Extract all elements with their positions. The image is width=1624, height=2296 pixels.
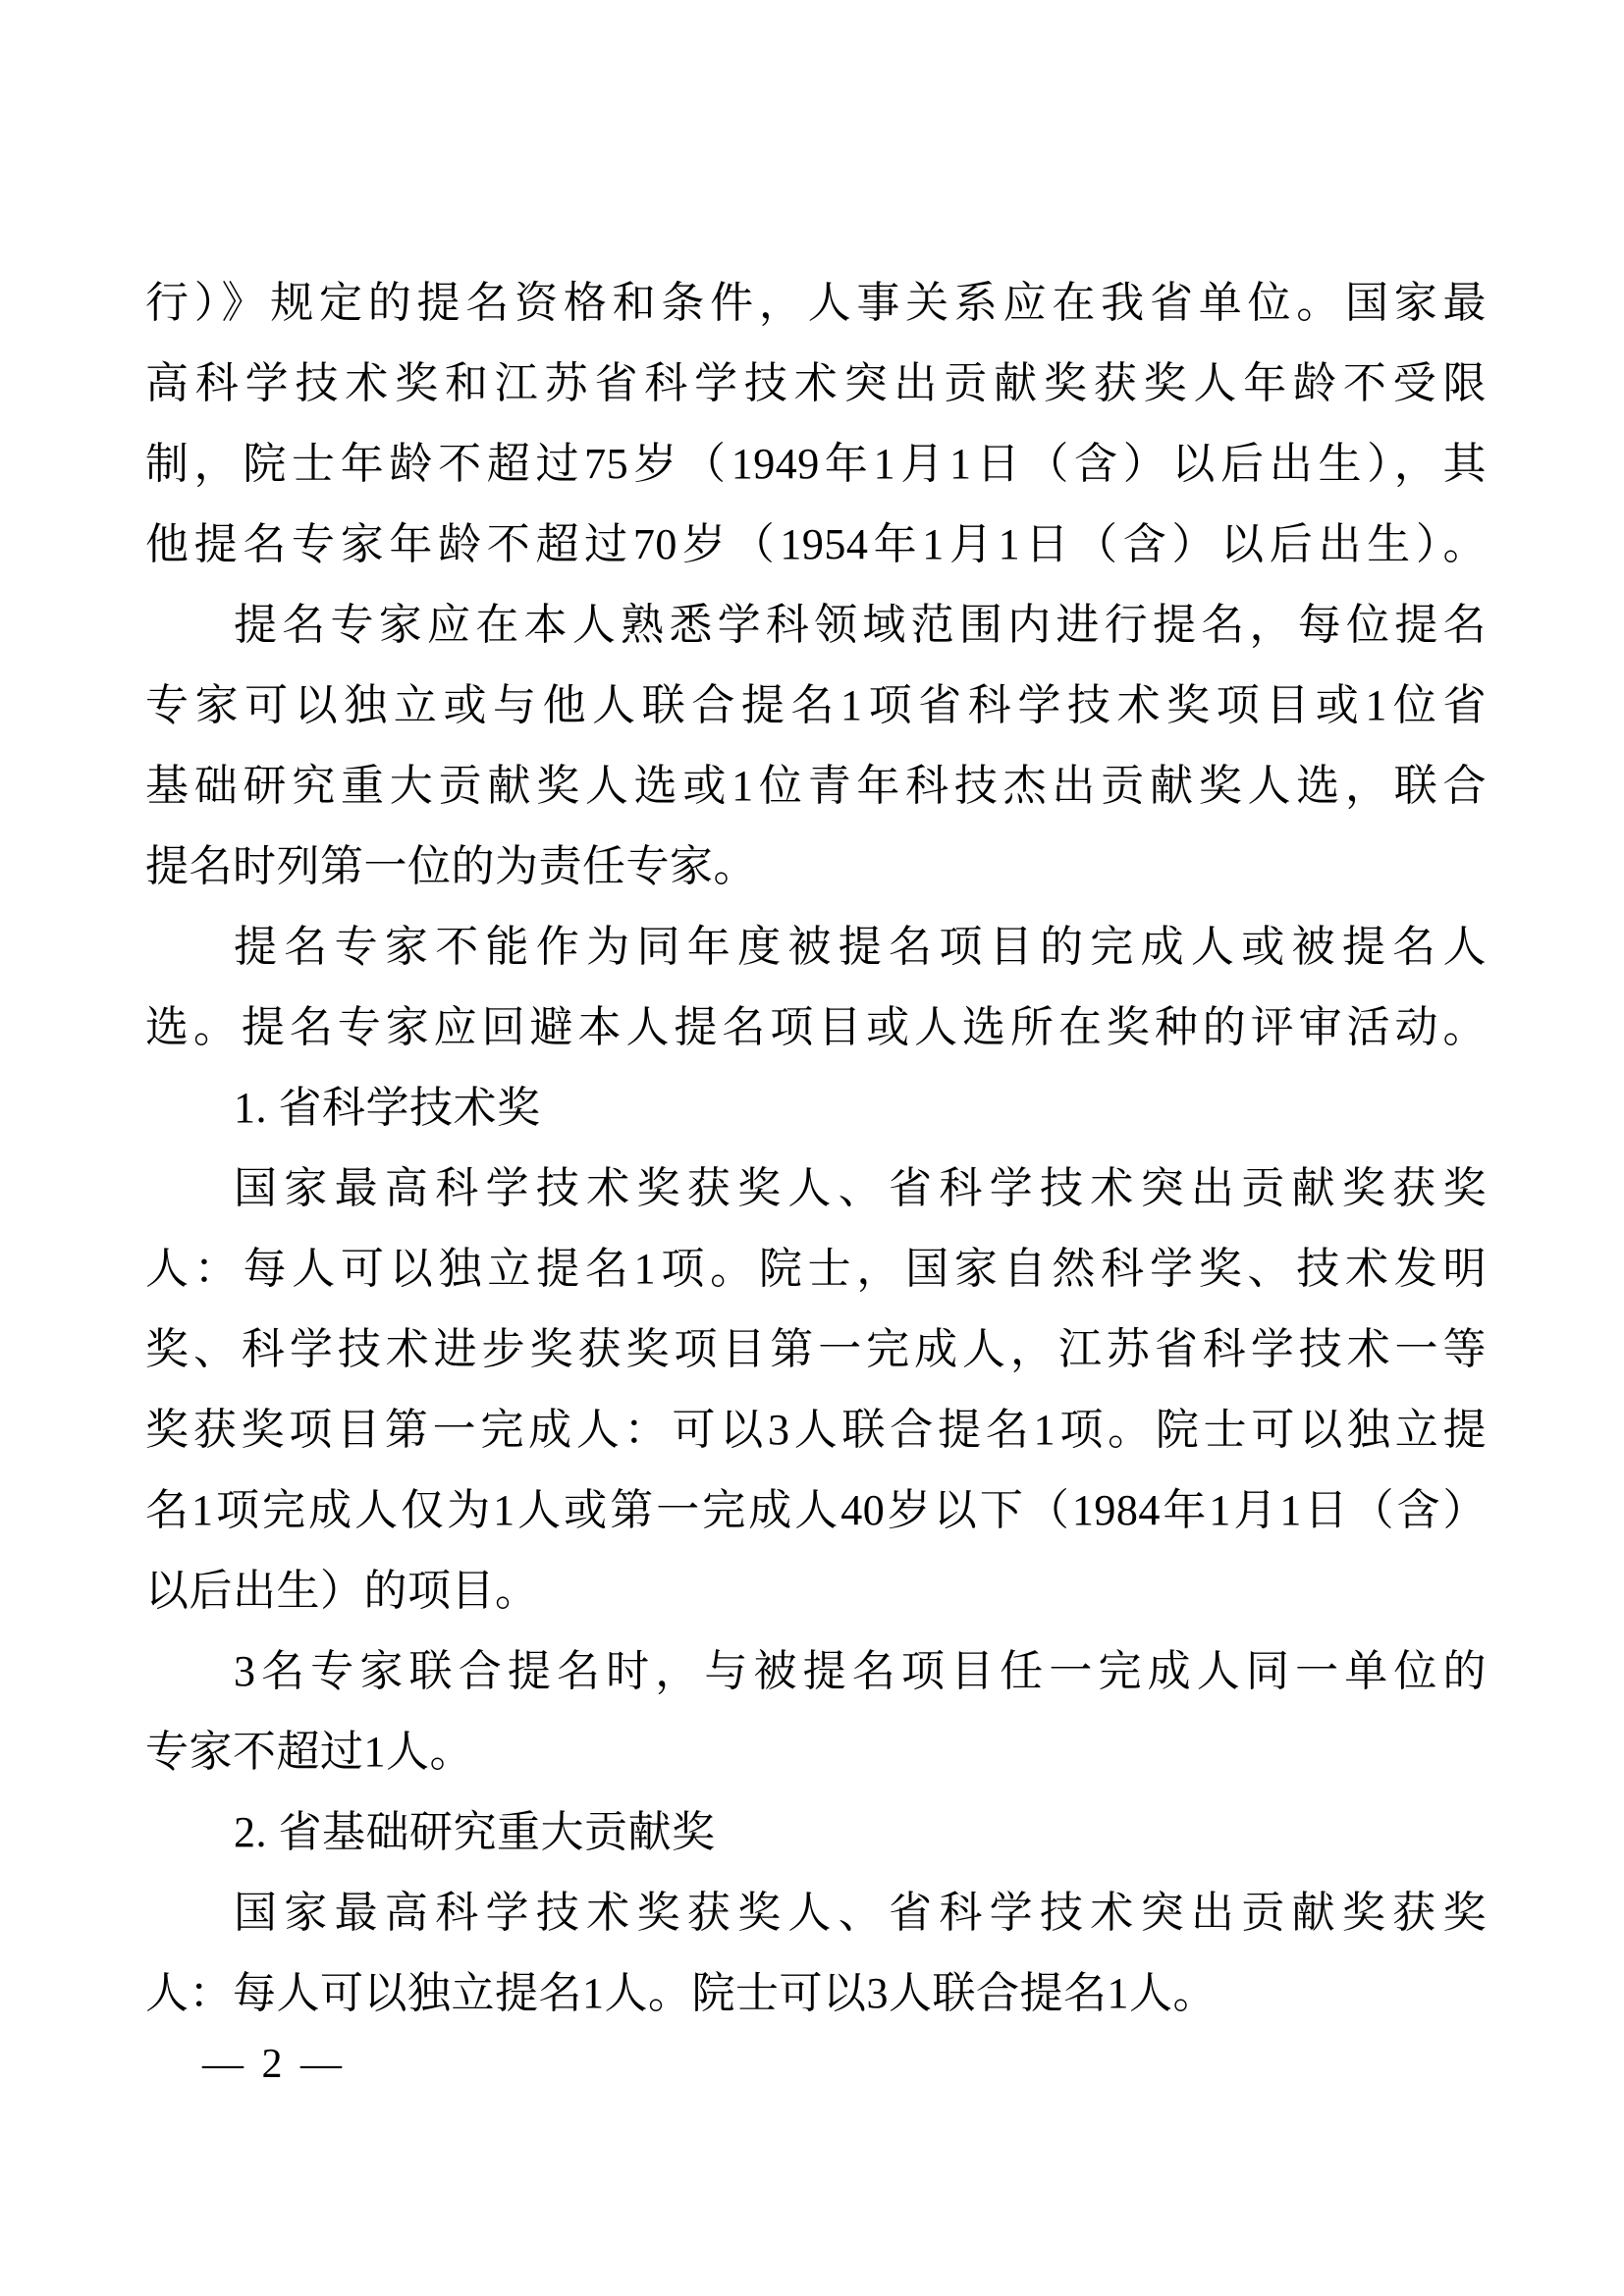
- section-heading-science-award: 1. 省科学技术奖: [145, 1068, 1487, 1148]
- document-line: 选。提名专家应回避本人提名项目或人选所在奖种的评审活动。: [145, 988, 1487, 1068]
- document-line: 国家最高科学技术奖获奖人、省科学技术突出贡献奖获奖: [145, 1148, 1487, 1229]
- document-line: 以后出生）的项目。: [145, 1551, 1487, 1631]
- document-line: 奖获奖项目第一完成人：可以3人联合提名1项。院士可以独立提: [145, 1390, 1487, 1470]
- document-page: 行）》规定的提名资格和条件，人事关系应在我省单位。国家最 高科学技术奖和江苏省科…: [0, 0, 1624, 2296]
- document-line: 高科学技术奖和江苏省科学技术突出贡献奖获奖人年龄不受限: [145, 344, 1487, 424]
- document-line: 国家最高科学技术奖获奖人、省科学技术突出贡献奖获奖: [145, 1873, 1487, 1953]
- document-line: 行）》规定的提名资格和条件，人事关系应在我省单位。国家最: [145, 263, 1487, 344]
- page-number: — 2 —: [202, 2034, 346, 2095]
- section-heading-basic-research-award: 2. 省基础研究重大贡献奖: [145, 1792, 1487, 1873]
- document-line: 提名专家应在本人熟悉学科领域范围内进行提名，每位提名: [145, 585, 1487, 666]
- document-line: 他提名专家年龄不超过70岁（1954年1月1日（含）以后出生）。: [145, 505, 1487, 585]
- document-line: 基础研究重大贡献奖人选或1位青年科技杰出贡献奖人选，联合: [145, 746, 1487, 827]
- document-line: 制，院士年龄不超过75岁（1949年1月1日（含）以后出生），其: [145, 424, 1487, 505]
- document-line: 人：每人可以独立提名1人。院士可以3人联合提名1人。: [145, 1953, 1487, 2034]
- document-line: 专家可以独立或与他人联合提名1项省科学技术奖项目或1位省: [145, 666, 1487, 746]
- document-line: 专家不超过1人。: [145, 1712, 1487, 1792]
- document-body: 行）》规定的提名资格和条件，人事关系应在我省单位。国家最 高科学技术奖和江苏省科…: [145, 263, 1487, 2034]
- document-line: 提名时列第一位的为责任专家。: [145, 827, 1487, 907]
- document-line: 3名专家联合提名时，与被提名项目任一完成人同一单位的: [145, 1631, 1487, 1712]
- document-line: 名1项完成人仅为1人或第一完成人40岁以下（1984年1月1日（含）: [145, 1470, 1487, 1551]
- document-line: 人：每人可以独立提名1项。院士，国家自然科学奖、技术发明: [145, 1229, 1487, 1309]
- document-line: 奖、科学技术进步奖获奖项目第一完成人，江苏省科学技术一等: [145, 1309, 1487, 1390]
- document-line: 提名专家不能作为同年度被提名项目的完成人或被提名人: [145, 907, 1487, 988]
